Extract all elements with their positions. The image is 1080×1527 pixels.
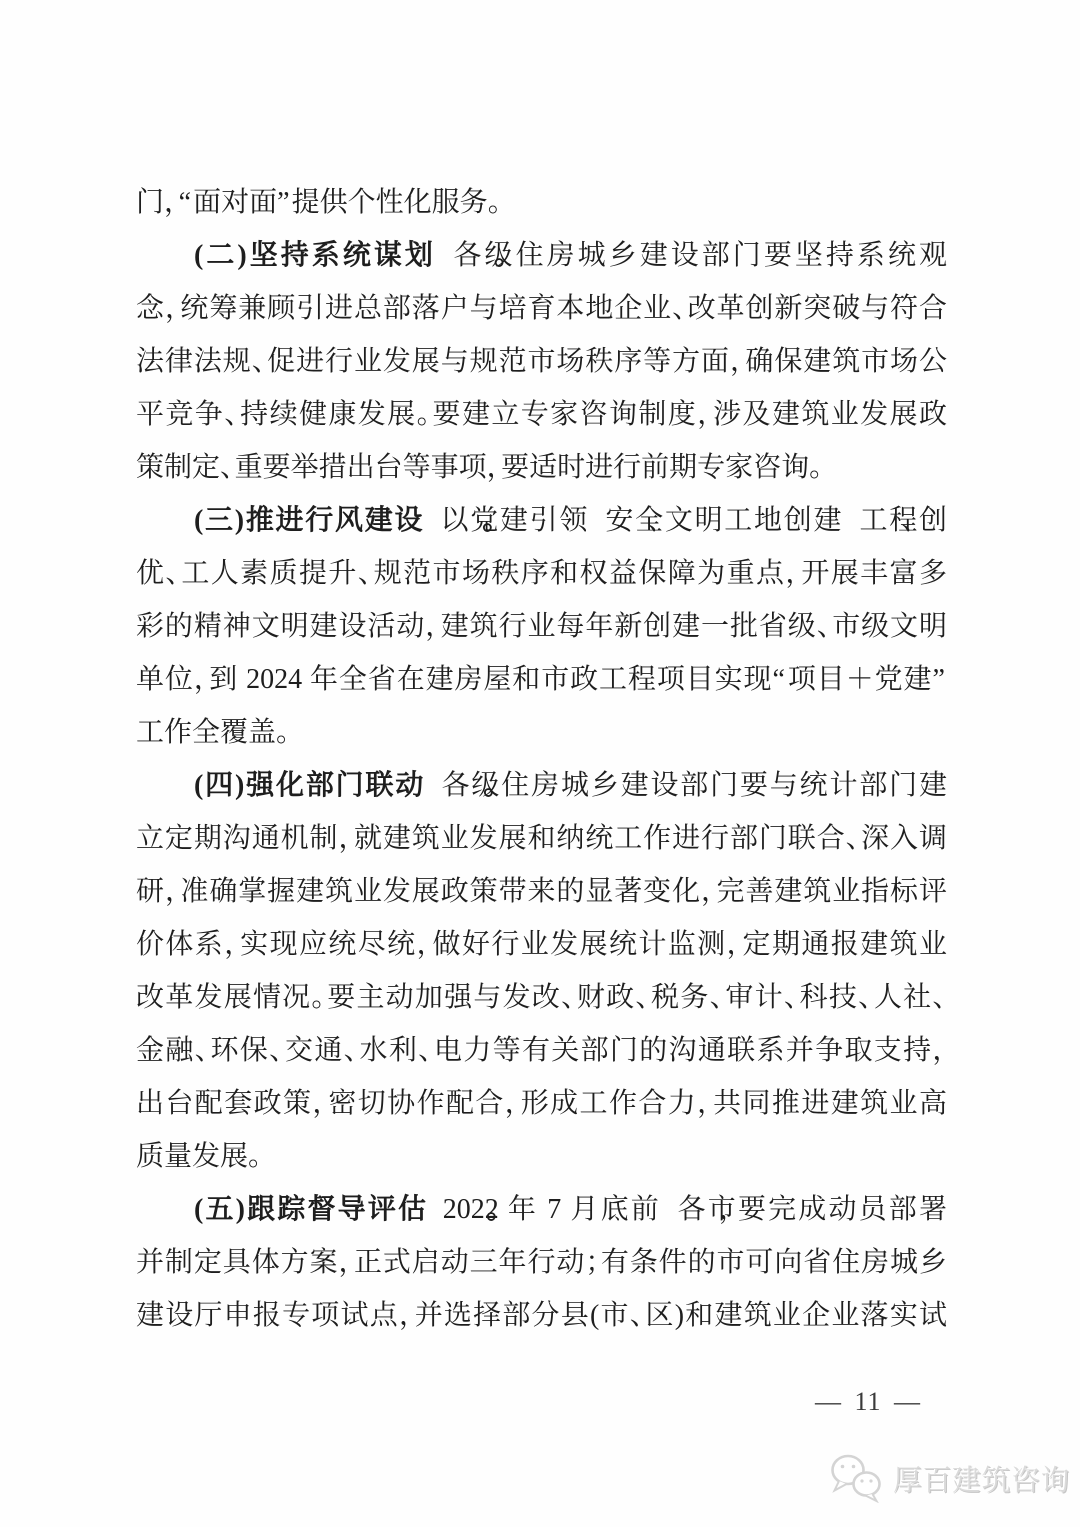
text-run: 2022 年 7 月底前，各市要完成动员部署 <box>443 1194 947 1225</box>
text-line: 改革发展情况。要主动加强与发改、财政、税务、审计、科技、人社、 <box>136 971 947 1024</box>
text-line: 并制定具体方案，正式启动三年行动；有条件的市可向省住房城乡 <box>136 1236 947 1289</box>
text-run: 优、工人素质提升、规范市场秩序和权益保障为重点，开展丰富多 <box>136 558 947 589</box>
text-line: 单位，到 2024 年全省在建房屋和市政工程项目实现“项目＋党建” <box>136 653 947 706</box>
text-run: 彩的精神文明建设活动，建筑行业每年新创建一批省级、市级文明 <box>136 611 947 642</box>
text-line: 平竞争、持续健康发展。要建立专家咨询制度，涉及建筑业发展政 <box>136 388 947 441</box>
wechat-icon <box>830 1453 884 1503</box>
text-line: 金融、环保、交通、水利、电力等有关部门的沟通联系并争取支持， <box>136 1024 947 1077</box>
text-run: 并制定具体方案，正式启动三年行动；有条件的市可向省住房城乡 <box>136 1247 947 1278</box>
text-run: 单位，到 2024 年全省在建房屋和市政工程项目实现“项目＋党建” <box>136 664 947 695</box>
text-run: 策制定、重要举措出台等事项，要适时进行前期专家咨询。 <box>136 452 824 483</box>
text-run: 出台配套政策，密切协作配合，形成工作合力，共同推进建筑业高 <box>136 1088 947 1119</box>
text-line: 彩的精神文明建设活动，建筑行业每年新创建一批省级、市级文明 <box>136 600 947 653</box>
text-run: 平竞争、持续健康发展。要建立专家咨询制度，涉及建筑业发展政 <box>136 399 947 430</box>
document-page: 门，“面对面”提供个性化服务。(二)坚持系统谋划。各级住房城乡建设部门要坚持系统… <box>0 0 1080 1527</box>
paragraph-lead: (三)推进行风建设。 <box>194 505 439 536</box>
text-run: 建设厅申报专项试点，并选择部分县(市、区)和建筑业企业落实试 <box>136 1300 947 1331</box>
paragraph-lead: (五)跟踪督导评估。 <box>194 1194 443 1225</box>
text-run: 念，统筹兼顾引进总部落户与培育本地企业、改革创新突破与符合 <box>136 293 947 324</box>
text-line: 优、工人素质提升、规范市场秩序和权益保障为重点，开展丰富多 <box>136 547 947 600</box>
text-run: 门，“面对面”提供个性化服务。 <box>136 187 502 218</box>
text-line: 质量发展。 <box>136 1130 947 1183</box>
text-line: 出台配套政策，密切协作配合，形成工作合力，共同推进建筑业高 <box>136 1077 947 1130</box>
text-run: 法律法规、促进行业发展与规范市场秩序等方面，确保建筑市场公 <box>136 346 947 377</box>
watermark-text: 厚百建筑咨询 <box>893 1458 1070 1499</box>
text-line: 价体系，实现应统尽统，做好行业发展统计监测，定期通报建筑业 <box>136 918 947 971</box>
text-run: 改革发展情况。要主动加强与发改、财政、税务、审计、科技、人社、 <box>136 982 947 1013</box>
text-run: 研，准确掌握建筑业发展政策带来的显著变化，完善建筑业指标评 <box>136 876 947 907</box>
text-line: 法律法规、促进行业发展与规范市场秩序等方面，确保建筑市场公 <box>136 335 947 388</box>
text-run: 立定期沟通机制，就建筑业发展和纳统工作进行部门联合、深入调 <box>136 823 947 854</box>
text-line: (三)推进行风建设。以党建引领、安全文明工地创建、工程创 <box>136 494 947 547</box>
text-line: 研，准确掌握建筑业发展政策带来的显著变化，完善建筑业指标评 <box>136 865 947 918</box>
paragraph-lead: (二)坚持系统谋划。 <box>194 240 450 271</box>
text-run: 工作全覆盖。 <box>136 717 291 748</box>
text-run: 质量发展。 <box>136 1141 263 1172</box>
paragraph-lead: (四)强化部门联动。 <box>194 770 440 801</box>
text-line: (二)坚持系统谋划。各级住房城乡建设部门要坚持系统观 <box>136 229 947 282</box>
text-run: 各级住房城乡建设部门要与统计部门建 <box>440 770 947 801</box>
text-line: 策制定、重要举措出台等事项，要适时进行前期专家咨询。 <box>136 441 947 494</box>
text-line: 建设厅申报专项试点，并选择部分县(市、区)和建筑业企业落实试 <box>136 1289 947 1342</box>
text-run: 以党建引领、安全文明工地创建、工程创 <box>439 505 947 536</box>
text-line: 立定期沟通机制，就建筑业发展和纳统工作进行部门联合、深入调 <box>136 812 947 865</box>
text-line: 门，“面对面”提供个性化服务。 <box>136 176 947 229</box>
text-line: 工作全覆盖。 <box>136 706 947 759</box>
text-line: 念，统筹兼顾引进总部落户与培育本地企业、改革创新突破与符合 <box>136 282 947 335</box>
page-number: — 11 — <box>0 1387 921 1417</box>
text-line: (五)跟踪督导评估。2022 年 7 月底前，各市要完成动员部署 <box>136 1183 947 1236</box>
text-run: 价体系，实现应统尽统，做好行业发展统计监测，定期通报建筑业 <box>136 929 947 960</box>
watermark: 厚百建筑咨询 <box>830 1450 1070 1506</box>
text-run: 各级住房城乡建设部门要坚持系统观 <box>450 240 947 271</box>
text-line: (四)强化部门联动。各级住房城乡建设部门要与统计部门建 <box>136 759 947 812</box>
text-run: 金融、环保、交通、水利、电力等有关部门的沟通联系并争取支持， <box>136 1035 947 1066</box>
document-body: 门，“面对面”提供个性化服务。(二)坚持系统谋划。各级住房城乡建设部门要坚持系统… <box>136 176 947 1342</box>
